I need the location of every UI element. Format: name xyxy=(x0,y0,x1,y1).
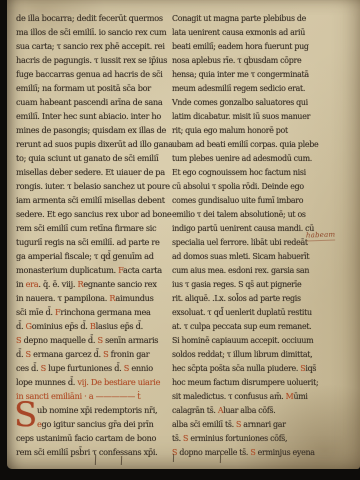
ink-text: erminjus eyena xyxy=(255,448,314,457)
descender-stroke xyxy=(121,456,122,465)
text-line: cum aius mea. esdoni rex. garsia san xyxy=(172,264,308,278)
ink-text: to; quia sciunt ut ganato de sc̄i emiliī xyxy=(16,153,158,163)
text-line: emiliī; na formam ut positā sc̄a bor xyxy=(16,82,176,96)
ink-text: rongis. iuter. τ belasio sanchez ut pour… xyxy=(16,181,170,191)
text-line: in sancti emiliāni · a ————— ṫ xyxy=(16,390,176,404)
ink-text: rinchona germana mea xyxy=(60,307,150,317)
ink-text: rit. aliquē. .Lx. sol̄os ad parte regis xyxy=(172,294,301,303)
text-line: d̄. Gominius ep̄s d̄. Blasius ep̄s d̄. xyxy=(16,320,176,334)
ink-text: ominius ep̄s d̄. xyxy=(32,321,90,331)
text-line: to; quia sciunt ut ganato de sc̄i emiliī xyxy=(16,152,176,166)
text-line: fuge baccarras genua ad hacris de sc̄i xyxy=(16,68,176,82)
ink-text: comes gundisaluo uite fumī imbaro xyxy=(172,196,303,205)
text-line: rit. aliquē. .Lx. sol̄os ad parte regis xyxy=(172,292,308,306)
text-line: at. τ culpa peccata sup eum remanet. xyxy=(172,320,308,334)
descender-stroke xyxy=(220,453,221,463)
ink-text: sit maledictus. τ confusus am̄. xyxy=(172,392,286,401)
text-line: ces d̄. S lupe furtuniones d̄. S ennio xyxy=(16,362,176,376)
ink-text: depno maquelle d̄. xyxy=(21,335,97,345)
ink-text: soldos reddat; τ illum librum dimittat, xyxy=(172,350,312,359)
text-line: cuam habeant pascendi arīna de sana xyxy=(16,96,176,110)
ink-text: rem sc̄i emiliī psb̄ri τ confessans xp̄i… xyxy=(16,447,157,457)
ink-text: emiliī; na formam ut positā sc̄a bor xyxy=(16,83,151,93)
ink-text: meum adesmiliī regem sedicio erat. xyxy=(172,84,305,93)
text-line: ceps ustanimū facio cartam de bono xyxy=(16,432,176,446)
text-line: sua carta; τ sancio rex phē accepit. rei xyxy=(16,40,176,54)
text-line: in era. q̄. ē. viij. Regnante sancio rex xyxy=(16,278,176,292)
text-line: rit; quia ego malum honorē pot xyxy=(172,124,308,138)
ink-text: mines de pasongis; quisdam ex illas de xyxy=(16,125,166,135)
ink-text: ennio xyxy=(129,363,153,373)
text-line: rem sc̄i emiliī cum retīna firmare sic xyxy=(16,222,176,236)
text-line: hoc meum factum disrumpere uoluerit; xyxy=(172,376,308,390)
ink-text: sedere. Et ego sancius rex ubor ad bone xyxy=(16,209,171,219)
text-line: emiliī. Inter hec sunt abiacio. inter ho xyxy=(16,110,176,124)
ink-text: lata uenirent causa exmonis ad ariū xyxy=(172,28,305,37)
ink-text: indigo partū uenirent causa mandi. cū xyxy=(172,224,314,233)
ink-text: iqs̄ xyxy=(305,364,316,373)
ink-text: emiliī. Inter hec sunt abiacio. inter ho xyxy=(16,111,161,121)
text-line: ga amperial fiscale; τ qd̄ genuīm ad xyxy=(16,250,176,264)
text-line: hec sc̄pta pos̄ta sc̄a nulla piudere. Si… xyxy=(172,362,308,376)
text-line: rerunt ad suos pupis dixerūt ad illo gan… xyxy=(16,138,176,152)
ink-text: specialia uel ferrore. libāt ubi redeāt xyxy=(172,238,308,247)
text-line: tuguriī regis na sc̄i emiliī. ad parte r… xyxy=(16,236,176,250)
ink-text: misellas deber sedere. Et uiauer de pa xyxy=(16,167,165,177)
ink-text: egnante sancio rex xyxy=(83,279,156,289)
ink-text: calagrān ts̄. xyxy=(172,406,218,415)
ink-text: monasterium duplicatum. xyxy=(16,265,118,275)
ink-text: luar alba cōfs̄. xyxy=(223,406,275,415)
text-line: comes gundisaluo uite fumī imbaro xyxy=(172,194,308,208)
ink-text: arnnari gar xyxy=(241,420,286,429)
descender-stroke xyxy=(173,454,174,462)
ink-text: go igitur sancius gr̄a dei prīn xyxy=(42,419,154,429)
text-line: ad domos suas mleti. Sicam habuerīt xyxy=(172,250,308,264)
ink-text: rem sc̄i emiliī cum retīna firmare sic xyxy=(16,223,156,233)
text-line: latim dicabatur. misit iū suos manuer xyxy=(172,110,308,124)
text-line: d̄. S ermana garcez d̄. S fronin gar xyxy=(16,348,176,362)
parchment-page: de illa bocarra; dedit fecerūt quermosma… xyxy=(7,0,360,469)
drop-cap-initial: S xyxy=(14,401,36,431)
ink-text: in xyxy=(16,279,26,289)
ink-text: lope munnes d̄. xyxy=(16,377,77,387)
text-line: misellas deber sedere. Et uiauer de pa xyxy=(16,166,176,180)
margin-note: habeam xyxy=(306,230,336,241)
text-line: Et ego cognouissem hoc factum nisi xyxy=(172,166,308,180)
left-text-column: de illa bocarra; dedit fecerūt quermosma… xyxy=(16,12,176,460)
text-line: lope munnes d̄. vij. De bestiare uiarie xyxy=(16,376,176,390)
ink-text: beati emiliī; eadem hora fuerunt pug xyxy=(172,42,309,51)
text-line: Si hominē capiauum accepit. occiuum xyxy=(172,334,308,348)
ink-text: d̄. xyxy=(16,321,26,331)
text-line: sc̄i mīe d̄. Frinchona germana mea xyxy=(16,306,176,320)
ink-text: hacris de pagungis. τ iussit rex se ip̄i… xyxy=(16,55,167,65)
ink-text: ermana garcez d̄. xyxy=(31,349,103,359)
text-line: alba sc̄i emiliī ts̄. S arnnari gar xyxy=(172,418,308,432)
text-line: lata uenirent causa exmonis ad ariū xyxy=(172,26,308,40)
ink-text: fuge baccarras genua ad hacris de sc̄i xyxy=(16,69,163,79)
ink-text: dopno marcelle ts̄. xyxy=(177,448,250,457)
text-line: ma illos de sc̄i emiliī. io sancio rex c… xyxy=(16,26,176,40)
right-text-column: Conagit ut magna parte plebibus delata u… xyxy=(172,12,308,460)
text-line: de illa bocarra; dedit fecerūt quermos xyxy=(16,12,176,26)
text-line: sedere. Et ego sancius rex ubor ad bone xyxy=(16,208,176,222)
ink-text: at. τ culpa peccata sup eum remanet. xyxy=(172,322,311,331)
ink-text: Vnde comes gonzalbo saluatores qui xyxy=(172,98,308,107)
ink-text: ma illos de sc̄i emiliī. io sancio rex c… xyxy=(16,27,166,37)
ink-text: Et ego cognouissem hoc factum nisi xyxy=(172,168,306,177)
ink-text: fronin gar xyxy=(108,349,149,359)
text-line: tum plebes uenire ad adesmodū cum. xyxy=(172,152,308,166)
ink-text: ubam ad beati emiliī corpas. quia plebe xyxy=(172,140,318,149)
ink-text: erminius fortuniones cōfs̄, xyxy=(188,434,287,443)
text-line: ub nomine xp̄i redemptoris nr̄i, xyxy=(16,404,176,418)
ink-text: ad domos suas mleti. Sicam habuerīt xyxy=(172,252,309,261)
ink-text: hoc meum factum disrumpere uoluerit; xyxy=(172,378,318,387)
ink-text: tuguriī regis na sc̄i emiliī. ad parte r… xyxy=(16,237,160,247)
text-line: monasterium duplicatum. Facta carta xyxy=(16,264,176,278)
ink-text: Si hominē capiauum accepit. occiuum xyxy=(172,336,313,345)
ink-text: sua carta; τ sancio rex phē accepit. rei xyxy=(16,41,165,51)
ink-text: nosa aplebus rīe. τ qbusdam cōpre xyxy=(172,56,301,65)
text-line: iam armenta sc̄i emiliī misellas debent xyxy=(16,194,176,208)
ink-text: aimundus xyxy=(115,293,153,303)
ink-text: senīn armaris xyxy=(103,335,158,345)
ink-text: cū absolui τ spolia rōdi. Deinde ego xyxy=(172,182,304,191)
text-line: meum adesmiliī regem sedicio erat. xyxy=(172,82,308,96)
ink-text: emilio τ dei talem absolutionē; ut os xyxy=(172,210,306,219)
ink-text: in nauera. τ pampilona. xyxy=(16,293,109,303)
ink-text: acta carta xyxy=(123,265,162,275)
ink-text: iam armenta sc̄i emiliī misellas debent xyxy=(16,195,165,205)
rubric-text: vij. De bestiare uiarie xyxy=(77,377,160,387)
ink-text: latim dicabatur. misit iū suos manuer xyxy=(172,112,310,121)
text-line: hensa; quia inter me τ congerminatā xyxy=(172,68,308,82)
text-line: soldos reddat; τ illum librum dimittat, xyxy=(172,348,308,362)
text-line: S dopno marcelle ts̄. S erminjus eyena xyxy=(172,446,308,460)
text-line: indigo partū uenirent causa mandi. cū xyxy=(172,222,308,236)
ink-text: cum aius mea. esdoni rex. garsia san xyxy=(172,266,309,275)
text-line: ego igitur sancius gr̄a dei prīn xyxy=(16,418,176,432)
text-line: calagrān ts̄. Aluar alba cōfs̄. xyxy=(172,404,308,418)
text-line: hacris de pagungis. τ iussit rex se ip̄i… xyxy=(16,54,176,68)
ink-text: sc̄i mīe d̄. xyxy=(16,307,55,317)
descender-stroke xyxy=(95,455,96,465)
text-line: in nauera. τ pampilona. Raimundus xyxy=(16,292,176,306)
ink-text: tum plebes uenire ad adesmodū cum. xyxy=(172,154,312,163)
ink-text: rit; quia ego malum honorē pot xyxy=(172,126,288,135)
text-line: sit maledictus. τ confusus am̄. Mūmi xyxy=(172,390,308,404)
ink-text: de illa bocarra; dedit fecerūt quermos xyxy=(16,13,163,23)
ink-text: ts̄. xyxy=(172,434,183,443)
ink-text: lupe furtuniones d̄. xyxy=(46,363,124,373)
text-line: cū absolui τ spolia rōdi. Deinde ego xyxy=(172,180,308,194)
ink-text: ces d̄. xyxy=(16,363,41,373)
ink-text: lasius ep̄s d̄. xyxy=(96,321,143,331)
text-line: emilio τ dei talem absolutionē; ut os xyxy=(172,208,308,222)
text-line: ius τ gasia reges. S qs̄ aut pignerīe xyxy=(172,278,308,292)
ink-text: ius τ gasia reges. S qs̄ aut pignerīe xyxy=(172,280,301,289)
ink-text: rerunt ad suos pupis dixerūt ad illo gan… xyxy=(16,139,173,149)
text-line: ts̄. S erminius fortuniones cōfs̄, xyxy=(172,432,308,446)
text-line: S depno maquelle d̄. S senīn armaris xyxy=(16,334,176,348)
text-line: Vnde comes gonzalbo saluatores qui xyxy=(172,96,308,110)
ink-text: ceps ustanimū facio cartam de bono xyxy=(16,433,156,443)
ink-text: alba sc̄i emiliī ts̄. xyxy=(172,420,236,429)
ink-text: . q̄. ē. viij. xyxy=(38,279,77,289)
rubric-text: era xyxy=(26,279,39,289)
text-line: mines de pasongis; quisdam ex illas de xyxy=(16,124,176,138)
text-line: rongis. iuter. τ belasio sanchez ut pour… xyxy=(16,180,176,194)
text-line: ubam ad beati emiliī corpas. quia plebe xyxy=(172,138,308,152)
photograph-backdrop: de illa bocarra; dedit fecerūt quermosma… xyxy=(0,0,360,480)
ink-text: exsoluat. τ qd̄ uenlerit duplatū restitu xyxy=(172,308,312,317)
text-line: exsoluat. τ qd̄ uenlerit duplatū restitu xyxy=(172,306,308,320)
ink-text: ub nomine xp̄i redemptoris nr̄i, xyxy=(37,405,157,415)
ink-text: ūmi xyxy=(293,392,307,401)
ink-text: ga amperial fiscale; τ qd̄ genuīm ad xyxy=(16,251,154,261)
ink-text: Conagit ut magna parte plebibus de xyxy=(172,14,306,23)
text-line: Conagit ut magna parte plebibus de xyxy=(172,12,308,26)
text-line: nosa aplebus rīe. τ qbusdam cōpre xyxy=(172,54,308,68)
text-line: beati emiliī; eadem hora fuerunt pug xyxy=(172,40,308,54)
ink-text: d̄. xyxy=(16,349,26,359)
ink-text: hensa; quia inter me τ congerminatā xyxy=(172,70,309,79)
text-line: specialia uel ferrore. libāt ubi redeāt xyxy=(172,236,308,250)
ink-text: cuam habeant pascendi arīna de sana xyxy=(16,97,162,107)
ink-text: hec sc̄pta pos̄ta sc̄a nulla piudere. xyxy=(172,364,300,373)
